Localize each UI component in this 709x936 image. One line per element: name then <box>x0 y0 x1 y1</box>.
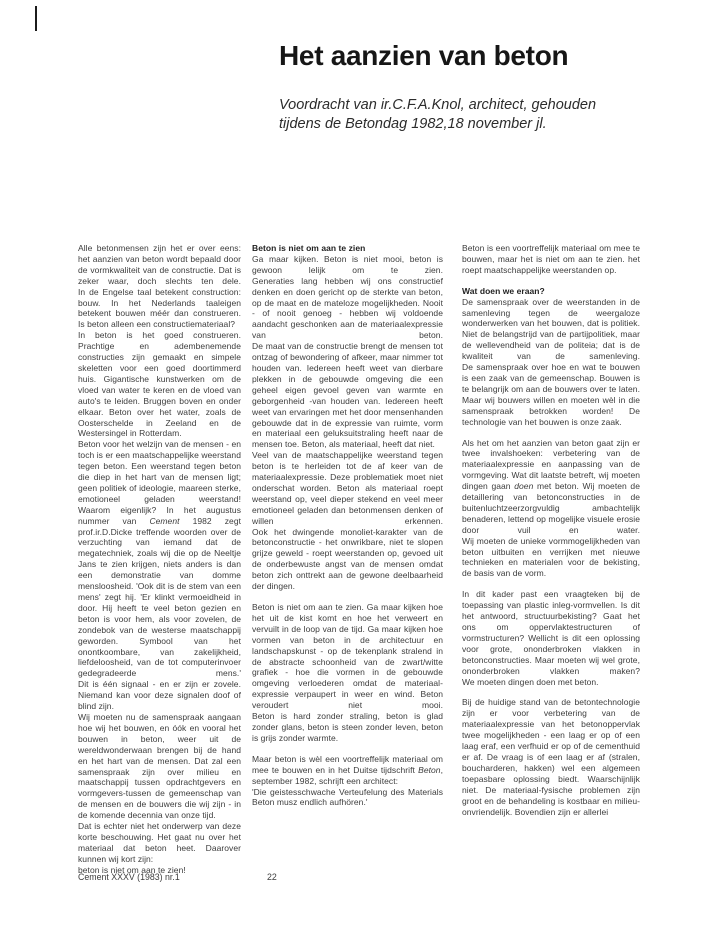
paragraph: In dit kader past een vraagteken bij de … <box>462 589 640 676</box>
text-run: Wij moeten de unieke vormmogelijkheden v… <box>462 536 640 579</box>
page-footer: Cement XXXV (1983) nr.1 22 <box>78 872 640 882</box>
text-run: Ga maar kijken. Beton is niet mooi, beto… <box>252 254 443 275</box>
paragraph: De maat van de constructie brengt de men… <box>252 341 443 450</box>
text-run: In beton is het goed construeren. Pracht… <box>78 330 241 438</box>
paragraph: Ook het dwingende monoliet-karakter van … <box>252 527 443 592</box>
paragraph: Dit is één signaal - en er zijn er zovel… <box>78 679 241 712</box>
text-run: Dat is echter niet het onderwerp van dez… <box>78 821 241 864</box>
text-run: Wij moeten nu de samenspraak aangaan hoe… <box>78 712 241 820</box>
text-run: Wat doen we eraan? <box>462 286 545 296</box>
text-run: Beton is hard zonder straling, beton is … <box>252 711 443 743</box>
text-run: De samenspraak over hoe en wat te bouwen… <box>462 362 640 427</box>
paragraph: In beton is het goed construeren. Pracht… <box>78 330 241 439</box>
text-run: Beton voor het welzijn van de mensen - e… <box>78 439 241 504</box>
paragraph: In de Engelse taal betekent construction… <box>78 287 241 331</box>
section-heading: Wat doen we eraan? <box>462 286 640 297</box>
text-run: Ook het dwingende monoliet-karakter van … <box>252 527 443 592</box>
paragraph: Wij moeten de unieke vormmogelijkheden v… <box>462 536 640 580</box>
text-run: Generaties lang hebben wij ons construct… <box>252 276 443 341</box>
magazine-page: Het aanzien van beton Voordracht van ir.… <box>0 0 709 936</box>
section-heading: Beton is niet om aan te zien <box>252 243 443 254</box>
page-number: 22 <box>267 872 277 882</box>
paragraph: Ga maar kijken. Beton is niet mooi, beto… <box>252 254 443 276</box>
journal-reference: Cement XXXV (1983) nr.1 <box>78 872 180 882</box>
italic-text-run: Beton <box>418 765 440 775</box>
text-run: Beton is niet om aan te zien. Ga maar ki… <box>252 602 443 710</box>
crop-mark <box>35 6 37 31</box>
italic-text-run: Cement <box>149 516 179 526</box>
article-header: Het aanzien van beton Voordracht van ir.… <box>279 40 679 134</box>
italic-text-run: doen <box>514 481 533 491</box>
article-subtitle: Voordracht van ir.C.F.A.Knol, architect,… <box>279 96 679 134</box>
article-title: Het aanzien van beton <box>279 40 679 72</box>
paragraph: Beton is niet om aan te zien. Ga maar ki… <box>252 602 443 711</box>
paragraph: Maar beton is wèl een voortreffelijk mat… <box>252 754 443 787</box>
subtitle-line-1: Voordracht van ir.C.F.A.Knol, architect,… <box>279 96 679 115</box>
text-run: De maat van de constructie brengt de men… <box>252 341 443 449</box>
paragraph: Wij moeten nu de samenspraak aangaan hoe… <box>78 712 241 821</box>
text-run: Maar beton is wèl een voortreffelijk mat… <box>252 754 443 775</box>
text-run: 1982 zegt prof.ir.D.Dicke treffende woor… <box>78 516 241 679</box>
paragraph: Generaties lang hebben wij ons construct… <box>252 276 443 341</box>
text-run: Veel van de maatschappelijke weerstand t… <box>252 450 443 525</box>
paragraph-gap <box>462 276 640 286</box>
text-run: Bij de huidige stand van de betontechnol… <box>462 697 640 816</box>
paragraph-gap <box>462 687 640 697</box>
body-column-right: Beton is een voortreffelijk materiaal om… <box>462 243 640 817</box>
paragraph: Beton is hard zonder straling, beton is … <box>252 711 443 744</box>
paragraph: Veel van de maatschappelijke weerstand t… <box>252 450 443 526</box>
text-run: We moeten dingen doen met beton. <box>462 677 599 687</box>
text-run: 'Die geistesschwache Verteufelung des Ma… <box>252 787 443 808</box>
subtitle-line-2: tijdens de Betondag 1982,18 november jl. <box>279 115 679 134</box>
paragraph-gap <box>462 428 640 438</box>
text-run: Beton is een voortreffelijk materiaal om… <box>462 243 640 275</box>
text-run: De samenspraak over de weerstanden in de… <box>462 297 640 362</box>
paragraph: 'Die geistesschwache Verteufelung des Ma… <box>252 787 443 809</box>
paragraph-gap <box>252 744 443 754</box>
paragraph-gap <box>462 579 640 589</box>
text-run: Dit is één signaal - en er zijn er zovel… <box>78 679 241 711</box>
paragraph: Alle betonmensen zijn het er over eens: … <box>78 243 241 287</box>
text-run: Alle betonmensen zijn het er over eens: … <box>78 243 241 286</box>
text-run: In dit kader past een vraagteken bij de … <box>462 589 640 675</box>
paragraph: Beton is een voortreffelijk materiaal om… <box>462 243 640 276</box>
paragraph: De samenspraak over de weerstanden in de… <box>462 297 640 362</box>
paragraph: De samenspraak over hoe en wat te bouwen… <box>462 362 640 427</box>
paragraph: Waarom eigenlijk? In het augustus nummer… <box>78 505 241 680</box>
paragraph: Dat is echter niet het onderwerp van dez… <box>78 821 241 865</box>
paragraph: Bij de huidige stand van de betontechnol… <box>462 697 640 817</box>
text-run: In de Engelse taal betekent construction… <box>78 287 241 330</box>
text-run: Beton is niet om aan te zien <box>252 243 365 253</box>
paragraph: Beton voor het welzijn van de mensen - e… <box>78 439 241 504</box>
body-column-left: Alle betonmensen zijn het er over eens: … <box>78 243 241 876</box>
paragraph: Als het om het aanzien van beton gaat zi… <box>462 438 640 536</box>
paragraph: We moeten dingen doen met beton. <box>462 677 640 688</box>
body-column-middle: Beton is niet om aan te zienGa maar kijk… <box>252 243 443 808</box>
paragraph-gap <box>252 592 443 602</box>
article-body: Alle betonmensen zijn het er over eens: … <box>78 243 640 876</box>
